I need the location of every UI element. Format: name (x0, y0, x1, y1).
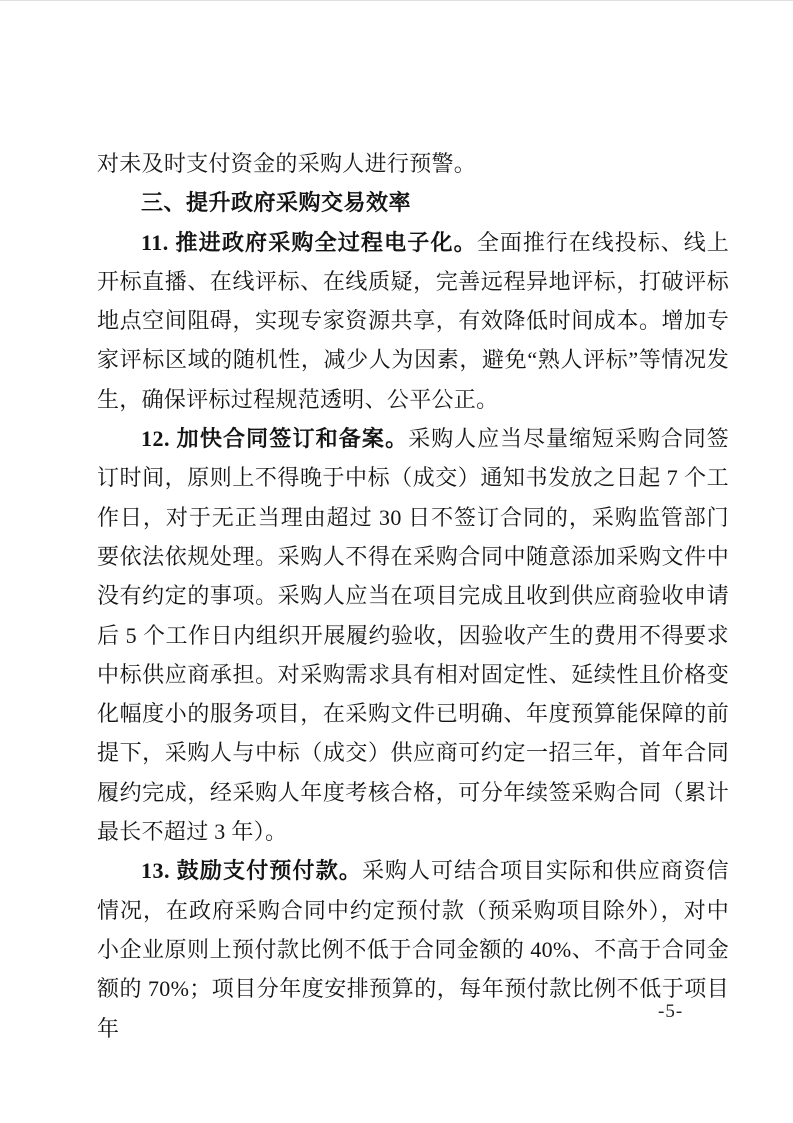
paragraph-12-lead: 12. 加快合同签订和备案。 (141, 426, 408, 451)
paragraph-item-12: 12. 加快合同签订和备案。采购人应当尽量缩短采购合同签订时间，原则上不得晚于中… (97, 419, 729, 851)
paragraph-11-text: 全面推行在线投标、线上开标直播、在线评标、在线质疑，完善远程异地评标，打破评标地… (97, 230, 729, 412)
section-heading: 三、提升政府采购交易效率 (97, 183, 729, 222)
page-number: -5- (658, 1000, 683, 1024)
paragraph-11-lead: 11. 推进政府采购全过程电子化。 (141, 230, 477, 255)
document-page: 对未及时支付资金的采购人进行预警。 三、提升政府采购交易效率 11. 推进政府采… (0, 0, 793, 1123)
document-body: 对未及时支付资金的采购人进行预警。 三、提升政府采购交易效率 11. 推进政府采… (97, 144, 729, 1048)
paragraph-13-lead: 13. 鼓励支付预付款。 (141, 858, 362, 883)
paragraph-12-text: 采购人应当尽量缩短采购合同签订时间，原则上不得晚于中标（成交）通知书发放之日起 … (97, 426, 729, 844)
paragraph-continuation: 对未及时支付资金的采购人进行预警。 (97, 144, 729, 183)
paragraph-13-text: 采购人可结合项目实际和供应商资信情况，在政府采购合同中约定预付款（预采购项目除外… (97, 858, 729, 1040)
paragraph-item-13: 13. 鼓励支付预付款。采购人可结合项目实际和供应商资信情况，在政府采购合同中约… (97, 851, 729, 1047)
paragraph-item-11: 11. 推进政府采购全过程电子化。全面推行在线投标、线上开标直播、在线评标、在线… (97, 223, 729, 419)
